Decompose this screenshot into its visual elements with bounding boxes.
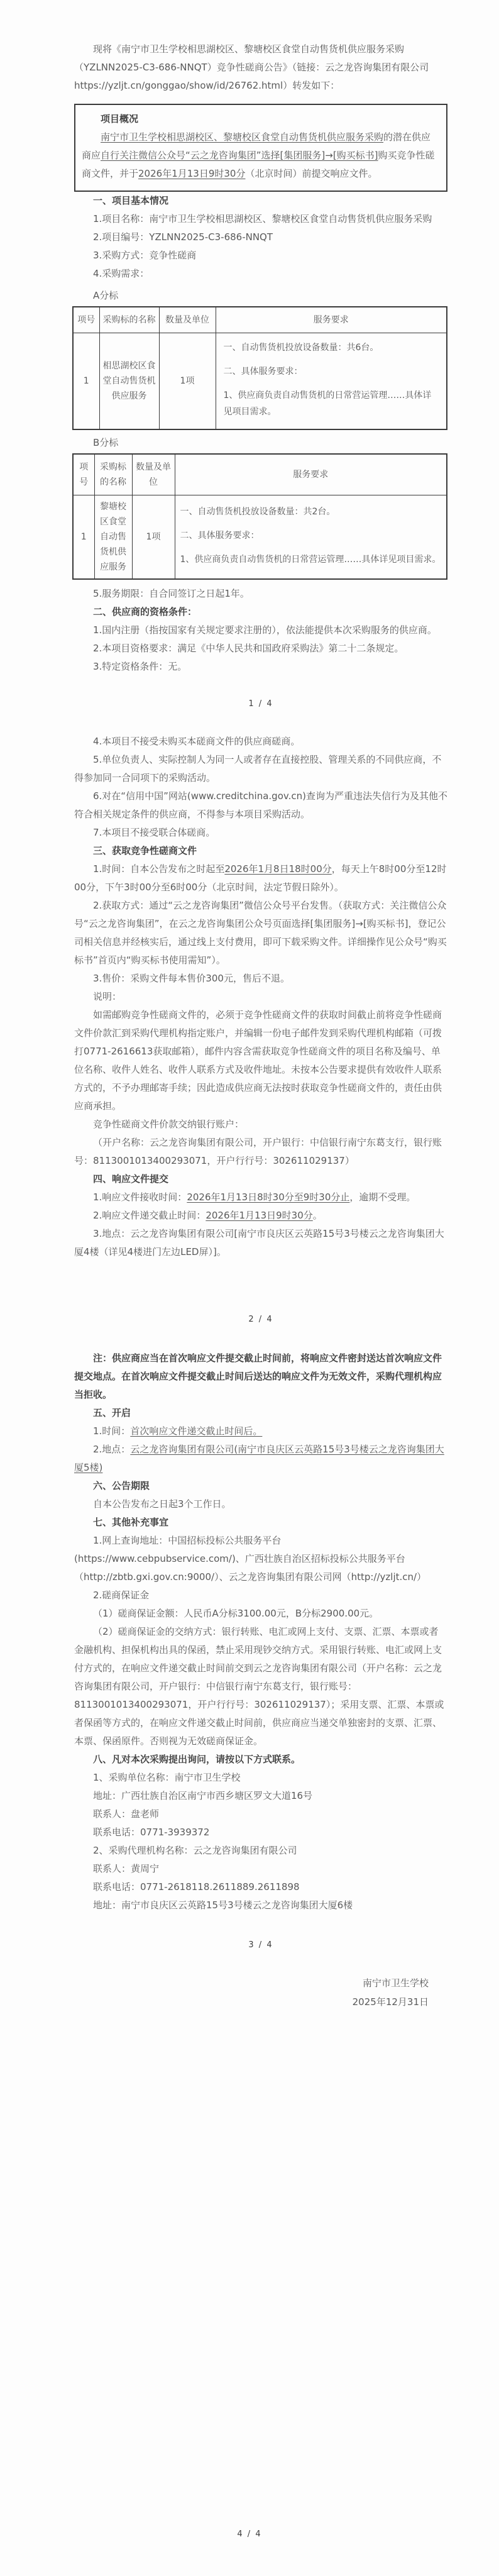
purchaser-phone: 联系电话：0771-3939372 xyxy=(74,1823,447,1842)
project-name-line: 1.项目名称：南宁市卫生学校相思湖校区、黎塘校区食堂自动售货机供应服务采购 xyxy=(74,210,447,228)
obtain-time-deadline: 2026年1月8日18时00分 xyxy=(224,863,331,875)
section-4-heading: 四、响应文件提交 xyxy=(74,1170,447,1188)
section-1-heading: 一、项目基本情况 xyxy=(74,192,447,210)
qualification-7: 7.本项目不接受联合体磋商。 xyxy=(74,824,447,842)
lot-a-item-name: 相思湖校区食堂自动售货机供应服务 xyxy=(99,333,159,430)
procurement-method-line: 3.采购方式：竞争性磋商 xyxy=(74,246,447,265)
lot-b-item-qty: 1项 xyxy=(132,495,175,580)
qualification-5: 5.单位负责人、实际控制人为同一人或者存在直接控股、管理关系的不同供应商，不得参… xyxy=(74,751,447,787)
agency-contact: 联系人：黄周宁 xyxy=(74,1860,447,1878)
receive-time-value: 2026年1月13日8时30分至9时30分止 xyxy=(187,1191,349,1203)
opening-time-prefix: 1.时间： xyxy=(93,1425,130,1437)
spacer xyxy=(74,676,447,690)
spacer xyxy=(74,1960,447,1970)
section-6-heading: 六、公告期限 xyxy=(74,1477,447,1495)
service-period-line: 5.服务期限：自合同签订之日起1年。 xyxy=(74,585,447,603)
deposit-label: 2.磋商保证金 xyxy=(74,1586,447,1605)
lot-b-service-req: 一、自动售货机投放设备数量：共2台。 二、具体服务要求： 1、供应商负责自动售货… xyxy=(175,495,447,580)
project-number-line: 2.项目编号：YZLNN2025-C3-686-NNQT xyxy=(74,228,447,246)
page-marker-1: 1 / 4 xyxy=(74,698,447,710)
lot-a-service-req: 一、自动售货机投放设备数量：共6台。 二、具体服务要求： 1、供应商负责自动售货… xyxy=(216,333,447,430)
deadline-suffix: 。 xyxy=(313,1210,322,1221)
opening-place: 2.地点：云之龙咨询集团有限公司(南宁市良庆区云英路15号3号楼云之龙咨询集团大… xyxy=(74,1440,447,1477)
lot-a-table: 项号 采购标的名称 数量及单位 服务要求 1 相思湖校区食堂自动售货机供应服务 … xyxy=(72,306,447,430)
bank-account-intro: 竞争性磋商文件价款交纳银行账户： xyxy=(74,1115,447,1134)
lot-b-col-name: 采购标的名称 xyxy=(94,454,132,495)
overview-text-3: （北京时间）前提交响应文件。 xyxy=(245,168,377,179)
qualification-3: 3.特定资格条件：无。 xyxy=(74,658,447,676)
agency-address: 地址：南宁市良庆区云英路15号3号楼云之龙咨询集团大厦6楼 xyxy=(74,1896,447,1915)
lot-a-col-req: 服务要求 xyxy=(216,307,447,333)
note-label: 说明： xyxy=(74,988,447,1006)
lot-a-data-row: 1 相思湖校区食堂自动售货机供应服务 1项 一、自动售货机投放设备数量：共6台。… xyxy=(73,333,447,430)
lot-a-col-no: 项号 xyxy=(73,307,99,333)
agency-phone: 联系电话：0771-2618118.2611889.2611898 xyxy=(74,1878,447,1896)
project-overview-box: 项目概况 南宁市卫生学校相思湖校区、黎塘校区食堂自动售货机供应服务采购的潜在供应… xyxy=(74,104,447,192)
page-marker-3: 3 / 4 xyxy=(74,1939,447,1952)
qualification-4: 4.本项目不接受未购买本磋商文件的供应商磋商。 xyxy=(74,732,447,751)
submission-place: 3.地点：云之龙咨询集团有限公司[南宁市良庆区云英路15号3号楼云之龙咨询集团大… xyxy=(74,1225,447,1261)
page-marker-2: 2 / 4 xyxy=(74,1313,447,1326)
lot-b-data-row: 1 黎塘校区食堂自动售货机供应服务 1项 一、自动售货机投放设备数量：共2台。 … xyxy=(73,495,447,580)
lot-b-col-req: 服务要求 xyxy=(175,454,447,495)
section-7-heading: 七、其他补充事宜 xyxy=(74,1513,447,1532)
spacer xyxy=(74,1261,447,1305)
section-2-heading: 二、供应商的资格条件： xyxy=(74,603,447,621)
doc-obtain-time: 1.时间：自本公告发布之时起至2026年1月8日18时00分，每天上午8时00分… xyxy=(74,860,447,897)
overview-title: 项目概况 xyxy=(82,110,440,128)
overview-project-name: 南宁市卫生学校相思湖校区、黎塘校区食堂自动售货机供应服务采购 xyxy=(101,131,383,143)
lot-b-req-line-2: 二、具体服务要求： xyxy=(180,528,442,544)
response-deadline: 2.响应文件递交截止时间：2026年1月13日9时30分。 xyxy=(74,1207,447,1225)
lot-b-table: 项号 采购标的名称 数量及单位 服务要求 1 黎塘校区食堂自动售货机供应服务 1… xyxy=(72,453,447,580)
lot-a-col-qty: 数量及单位 xyxy=(159,307,216,333)
obtain-time-prefix: 1.时间：自本公告发布之时起至 xyxy=(93,863,224,875)
lot-a-item-qty: 1项 xyxy=(159,333,216,430)
deposit-payment-method: （2）磋商保证金的交纳方式：银行转账、电汇或网上支付、支票、汇票、本票或者金融机… xyxy=(74,1623,447,1750)
qualification-1: 1.国内注册（指按国家有关规定要求注册的），依法能提供本次采购服务的供应商。 xyxy=(74,621,447,639)
page-marker-4: 4 / 4 xyxy=(0,2528,499,2541)
doc-price-line: 3.售价：采购文件每本售价300元，售后不退。 xyxy=(74,970,447,988)
online-query-address: 1.网上查询地址：中国招标投标公共服务平台(https://www.cebpub… xyxy=(74,1532,447,1586)
announcement-period: 自本公告发布之日起3个工作日。 xyxy=(74,1495,447,1513)
signature-org: 南宁市卫生学校 xyxy=(74,1974,429,1993)
receive-time-prefix: 1.响应文件接收时间： xyxy=(93,1191,187,1203)
section-5-heading: 五、开启 xyxy=(74,1404,447,1422)
intro-paragraph: 现将《南宁市卫生学校相思湖校区、黎塘校区食堂自动售货机供应服务采购（YZLNN2… xyxy=(74,40,447,95)
lot-b-req-line-1: 一、自动售货机投放设备数量：共2台。 xyxy=(180,504,442,520)
lot-b-col-qty: 数量及单位 xyxy=(132,454,175,495)
lot-a-req-line-1: 一、自动售货机投放设备数量：共6台。 xyxy=(224,340,439,356)
lot-a-req-line-2: 二、具体服务要求： xyxy=(224,363,439,380)
lot-a-req-line-3: 1、供应商负责自动售货机的日常营运管理……具体详见项目需求。 xyxy=(224,387,439,420)
doc-obtain-method: 2.获取方式：通过“云之龙咨询集团”微信公众号平台发售。（获取方式：关注微信公众… xyxy=(74,897,447,970)
response-receive-time: 1.响应文件接收时间：2026年1月13日8时30分至9时30分止，逾期不受理。 xyxy=(74,1188,447,1207)
deadline-value: 2026年1月13日9时30分 xyxy=(206,1210,312,1221)
spacer xyxy=(74,1334,447,1349)
lot-b-col-no: 项号 xyxy=(73,454,94,495)
submission-note: 注：供应商应当在首次响应文件提交截止时间前，将响应文件密封送达首次响应文件提交地… xyxy=(74,1349,447,1404)
lot-a-item-no: 1 xyxy=(73,333,99,430)
signature-date: 2025年12月31日 xyxy=(74,1993,429,2011)
document-content: 现将《南宁市卫生学校相思湖校区、黎塘校区食堂自动售货机供应服务采购（YZLNN2… xyxy=(0,0,499,2011)
section-3-heading: 三、获取竞争性磋商文件 xyxy=(74,842,447,860)
lot-a-col-name: 采购标的名称 xyxy=(99,307,159,333)
signature-block: 南宁市卫生学校 2025年12月31日 xyxy=(74,1974,429,2011)
overview-deadline: 2026年1月13日9时30分 xyxy=(138,168,245,179)
opening-time-value: 首次响应文件递交截止时间后。 xyxy=(130,1425,262,1437)
lot-a-header-row: 项号 采购标的名称 数量及单位 服务要求 xyxy=(73,307,447,333)
lot-b-label: B分标 xyxy=(74,434,447,452)
qualification-6: 6.对在“信用中国”网站(www.creditchina.gov.cn)查询为严… xyxy=(74,787,447,824)
opening-time: 1.时间：首次响应文件递交截止时间后。 xyxy=(74,1422,447,1440)
bank-account-detail: （开户名称：云之龙咨询集团有限公司，开户银行：中信银行南宁东葛支行，银行账号：8… xyxy=(74,1134,447,1170)
overview-wechat-instruction: 自行关注微信公众号“云之龙咨询集团”选择[集团服务]→[购买标书] xyxy=(101,150,378,161)
spacer xyxy=(74,1915,447,1931)
opening-place-prefix: 2.地点： xyxy=(93,1444,130,1455)
purchaser-name: 1、采购单位名称：南宁市卫生学校 xyxy=(74,1769,447,1787)
section-8-heading: 八、凡对本次采购提出询问，请按以下方式联系。 xyxy=(74,1750,447,1769)
receive-time-suffix: ，逾期不受理。 xyxy=(349,1191,415,1203)
opening-place-value: 云之龙咨询集团有限公司(南宁市良庆区云英路15号3号楼云之龙咨询集团大厦5楼) xyxy=(74,1444,444,1473)
announcement-document: 现将《南宁市卫生学校相思湖校区、黎塘校区食堂自动售货机供应服务采购（YZLNN2… xyxy=(0,0,499,2576)
lot-b-req-line-3: 1、供应商负责自动售货机的日常营运管理……具体详见项目需求。 xyxy=(180,551,442,568)
purchaser-contact: 联系人：盘老师 xyxy=(74,1805,447,1823)
deadline-prefix: 2.响应文件递交截止时间： xyxy=(93,1210,206,1221)
lot-a-label: A分标 xyxy=(74,287,447,305)
spacer xyxy=(74,719,447,732)
deposit-amount: （1）磋商保证金额：人民币A分标3100.00元，B分标2900.00元。 xyxy=(74,1605,447,1623)
lot-b-header-row: 项号 采购标的名称 数量及单位 服务要求 xyxy=(73,454,447,495)
procurement-demand-line: 4.采购需求： xyxy=(74,265,447,283)
mail-order-note: 如需邮购竞争性磋商文件的，必须于竞争性磋商文件的获取时间截止前将竞争性磋商文件价… xyxy=(74,1006,447,1115)
lot-b-item-name: 黎塘校区食堂自动售货机供应服务 xyxy=(94,495,132,580)
overview-paragraph: 南宁市卫生学校相思湖校区、黎塘校区食堂自动售货机供应服务采购的潜在供应商应自行关… xyxy=(82,128,440,183)
agency-name: 2、采购代理机构名称：云之龙咨询集团有限公司 xyxy=(74,1842,447,1860)
qualification-2: 2.本项目资格要求：满足《中华人民共和国政府采购法》第二十二条规定。 xyxy=(74,639,447,658)
purchaser-address: 地址：广西壮族自治区南宁市西乡塘区罗文大道16号 xyxy=(74,1787,447,1805)
lot-b-item-no: 1 xyxy=(73,495,94,580)
